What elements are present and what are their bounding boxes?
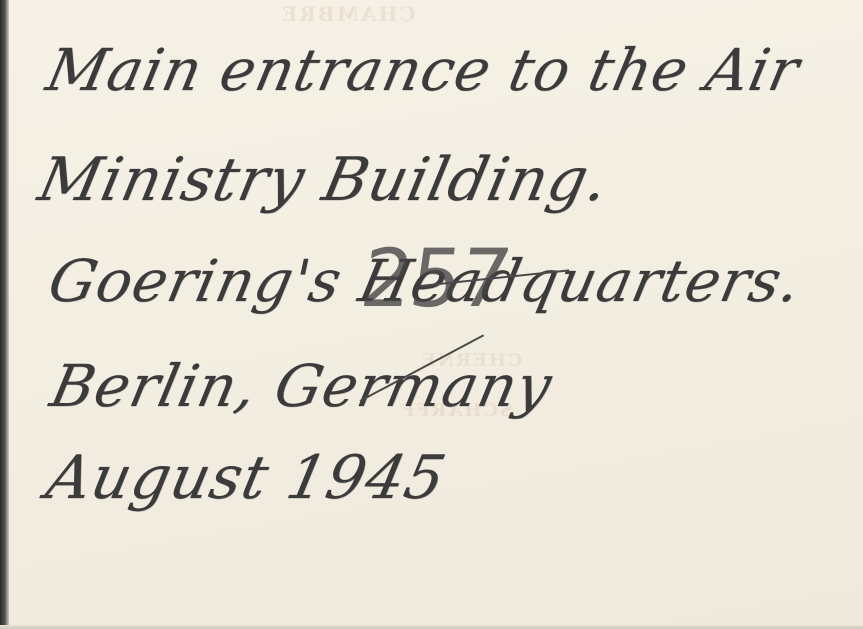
caption-line-2: Ministry Building. — [33, 145, 616, 215]
photo-back-card: CHAMBRE SCHARFF CHERNE Main entrance to … — [0, 0, 863, 629]
bleed-through-text: CHAMBRE — [280, 2, 415, 26]
card-left-edge — [0, 0, 9, 629]
caption-line-1: Main entrance to the Air — [41, 36, 806, 104]
caption-line-5: August 1945 — [41, 443, 453, 513]
caption-line-4: Berlin, Germany — [45, 352, 559, 420]
card-bottom-edge — [0, 625, 863, 629]
